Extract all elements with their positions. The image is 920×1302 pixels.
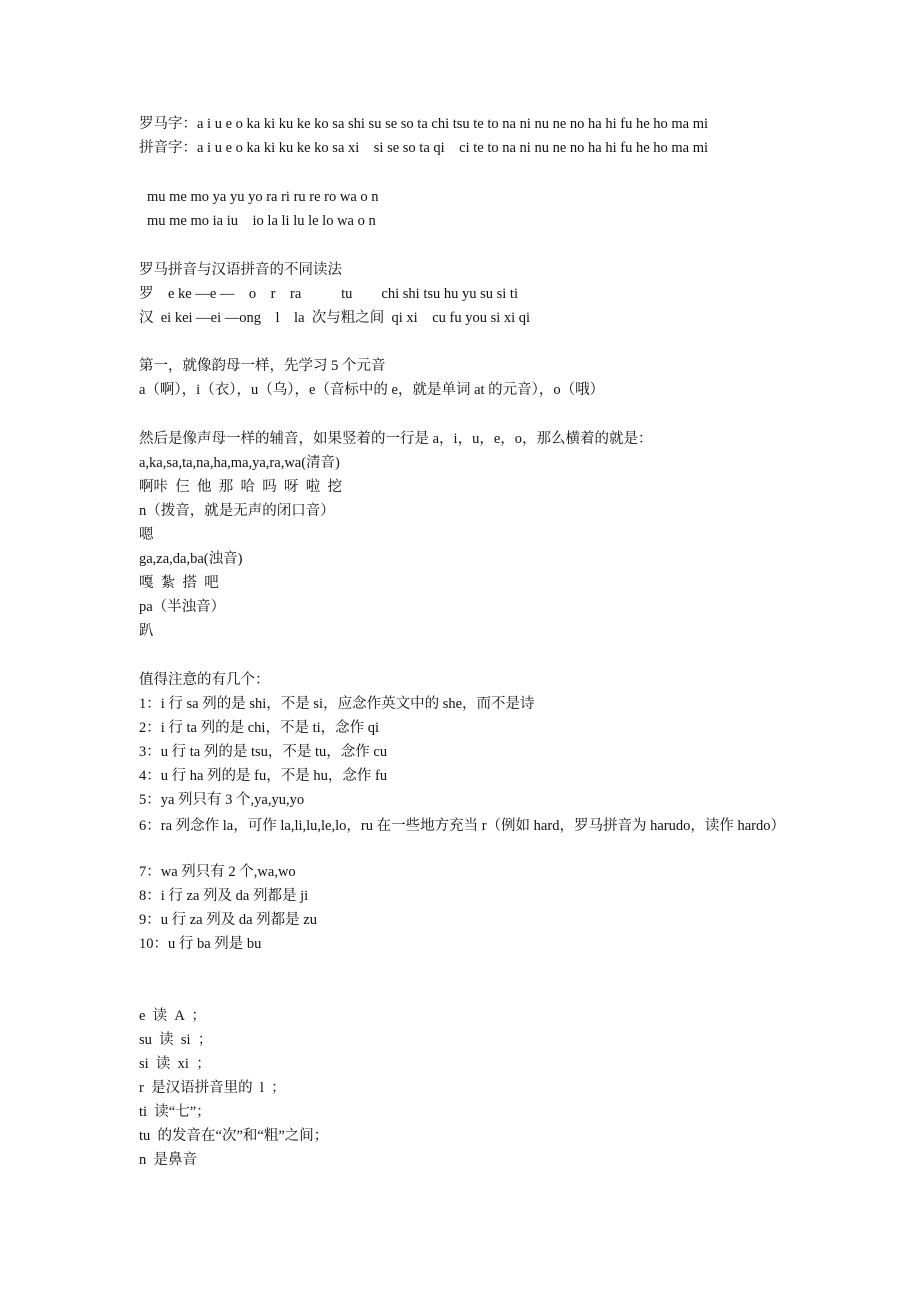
romaji-row: 罗马字：a i u e o ka ki ku ke ko sa shi su s…: [139, 114, 708, 134]
note-item-2: 2：i 行 ta 列的是 chi，不是 ti，念作 qi: [139, 718, 379, 738]
note-item-7: 7：wa 列只有 2 个,wa,wo: [139, 862, 296, 882]
hatsuon-line: n（拨音，就是无声的闭口音）: [139, 501, 335, 521]
comparison-han-row: 汉 ei kei —ei —ong l la 次与粗之间 qi xi cu fu…: [139, 308, 530, 328]
note-item-5: 5：ya 列只有 3 个,ya,yu,yo: [139, 790, 304, 810]
pinyin-row-2: mu me mo ia iu io la li lu le lo wa o n: [147, 211, 376, 231]
vowels-heading: 第一，就像韵母一样，先学习 5 个元音: [139, 356, 386, 376]
pronunciation-item-2: su 读 si ；: [139, 1030, 212, 1050]
note-item-8: 8：i 行 za 列及 da 列都是 ji: [139, 886, 308, 906]
vowels-list: a（啊），i（衣），u（乌），e（音标中的 e，就是单词 at 的元音），o（哦…: [139, 380, 604, 400]
pinyin-row: 拼音字：a i u e o ka ki ku ke ko sa xi si se…: [139, 138, 708, 158]
note-item-10: 10：u 行 ba 列是 bu: [139, 934, 261, 954]
consonants-intro: 然后是像声母一样的辅音，如果竖着的一行是 a，i，u，e，o，那么横着的就是：: [139, 429, 653, 449]
note-item-4: 4：u 行 ha 列的是 fu，不是 hu，念作 fu: [139, 766, 387, 786]
handakuon-line: pa（半浊音）: [139, 597, 225, 617]
pronunciation-item-6: tu 的发音在“次”和“粗”之间；: [139, 1126, 328, 1146]
pronunciation-item-7: n 是鼻音: [139, 1150, 197, 1170]
hatsuon-char: 嗯: [139, 525, 154, 545]
pronunciation-item-3: si 读 xi ；: [139, 1054, 211, 1074]
note-item-6: 6：ra 列念作 la，可作 la,li,lu,le,lo，ru 在一些地方充当…: [139, 814, 789, 838]
pronunciation-item-4: r 是汉语拼音里的 l ；: [139, 1078, 286, 1098]
pronunciation-item-5: ti 读“七”；: [139, 1102, 211, 1122]
note-item-3: 3：u 行 ta 列的是 tsu，不是 tu，念作 cu: [139, 742, 387, 762]
seion-line: a,ka,sa,ta,na,ha,ma,ya,ra,wa(清音): [139, 453, 340, 473]
romaji-row-2: mu me mo ya yu yo ra ri ru re ro wa o n: [147, 187, 379, 207]
handakuon-char: 趴: [139, 621, 154, 641]
pronunciation-item-1: e 读 A ；: [139, 1006, 206, 1026]
dakuon-line: ga,za,da,ba(浊音): [139, 549, 242, 569]
document-page: 罗马字：a i u e o ka ki ku ke ko sa shi su s…: [0, 0, 920, 1302]
note-item-9: 9：u 行 za 列及 da 列都是 zu: [139, 910, 317, 930]
seion-chars: 啊咔 仨 他 那 哈 吗 呀 啦 挖: [139, 477, 342, 497]
note-item-1: 1：i 行 sa 列的是 shi，不是 si，应念作英文中的 she，而不是诗: [139, 694, 535, 714]
notes-heading: 值得注意的有几个：: [139, 670, 270, 690]
comparison-luo-row: 罗 e ke —e — o r ra tu chi shi tsu hu yu …: [139, 284, 518, 304]
comparison-heading: 罗马拼音与汉语拼音的不同读法: [139, 260, 342, 280]
dakuon-chars: 嘎 紮 搭 吧: [139, 573, 219, 593]
